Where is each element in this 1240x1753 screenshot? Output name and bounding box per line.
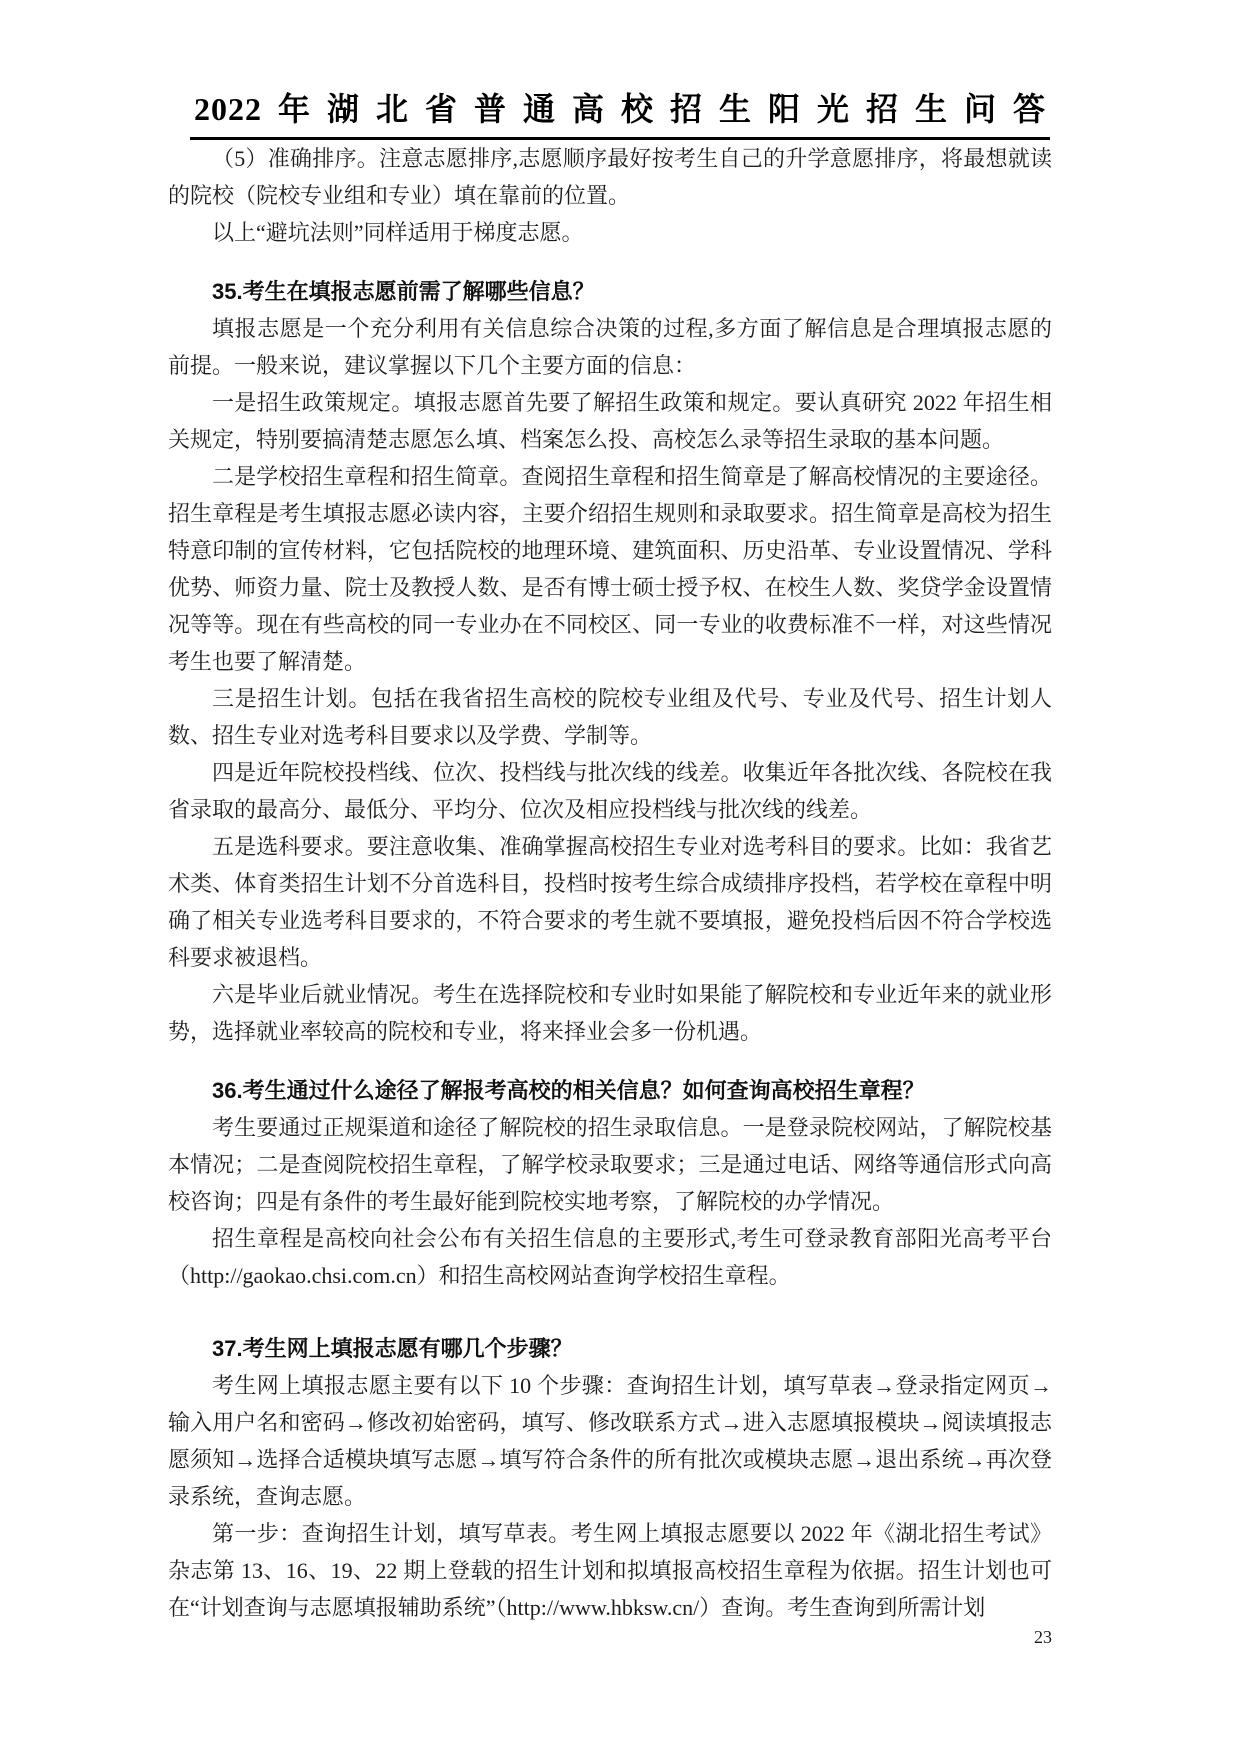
page-number: 23 [168,1627,1052,1648]
para-accurate-ordering: （5）准确排序。注意志愿排序,志愿顺序最好按考生自己的升学意愿排序，将最想就读的… [168,140,1052,214]
para-q35-item1-policies: 一是招生政策规定。填报志愿首先要了解招生政策和规定。要认真研究 2022 年招生… [168,384,1052,458]
para-q35-item5-subject-requirements: 五是选科要求。要注意收集、准确掌握高校招生专业对选考科目的要求。比如：我省艺术类… [168,828,1052,976]
document-title: 2022 年 湖 北 省 普 通 高 校 招 生 阳 光 招 生 问 答 [190,84,1050,140]
para-q35-item2-charters: 二是学校招生章程和招生简章。查阅招生章程和招生简章是了解高校情况的主要途径。招生… [168,458,1052,680]
para-q36-charter-platform: 招生章程是高校向社会公布有关招生信息的主要形式,考生可登录教育部阳光高考平台（h… [168,1220,1052,1294]
heading-question-35: 35.考生在填报志愿前需了解哪些信息？ [168,273,1052,310]
para-q35-item4-score-lines: 四是近年院校投档线、位次、投档线与批次线的线差。收集近年各批次线、各院校在我省录… [168,754,1052,828]
page-header: 2022 年 湖 北 省 普 通 高 校 招 生 阳 光 招 生 问 答 [0,84,1240,140]
para-q35-intro: 填报志愿是一个充分利用有关信息综合决策的过程,多方面了解信息是合理填报志愿的前提… [168,310,1052,384]
heading-question-36: 36.考生通过什么途径了解报考高校的相关信息？如何查询高校招生章程？ [168,1072,1052,1109]
heading-question-37: 37.考生网上填报志愿有哪几个步骤？ [168,1330,1052,1367]
para-q36-channels: 考生要通过正规渠道和途径了解院校的招生录取信息。一是登录院校网站，了解院校基本情… [168,1109,1052,1220]
document-body: （5）准确排序。注意志愿排序,志愿顺序最好按考生自己的升学意愿排序，将最想就读的… [168,140,1052,1626]
document-page: 2022 年 湖 北 省 普 通 高 校 招 生 阳 光 招 生 问 答 （5）… [0,0,1240,1753]
para-q37-ten-steps: 考生网上填报志愿主要有以下 10 个步骤：查询招生计划，填写草表→登录指定网页→… [168,1367,1052,1515]
para-q35-item3-plans: 三是招生计划。包括在我省招生高校的院校专业组及代号、专业及代号、招生计划人数、招… [168,680,1052,754]
para-q35-item6-employment: 六是毕业后就业情况。考生在选择院校和专业时如果能了解院校和专业近年来的就业形势，… [168,976,1052,1050]
para-pitfall-rule: 以上“避坑法则”同样适用于梯度志愿。 [168,214,1052,251]
para-q37-step1: 第一步：查询招生计划，填写草表。考生网上填报志愿要以 2022 年《湖北招生考试… [168,1515,1052,1626]
